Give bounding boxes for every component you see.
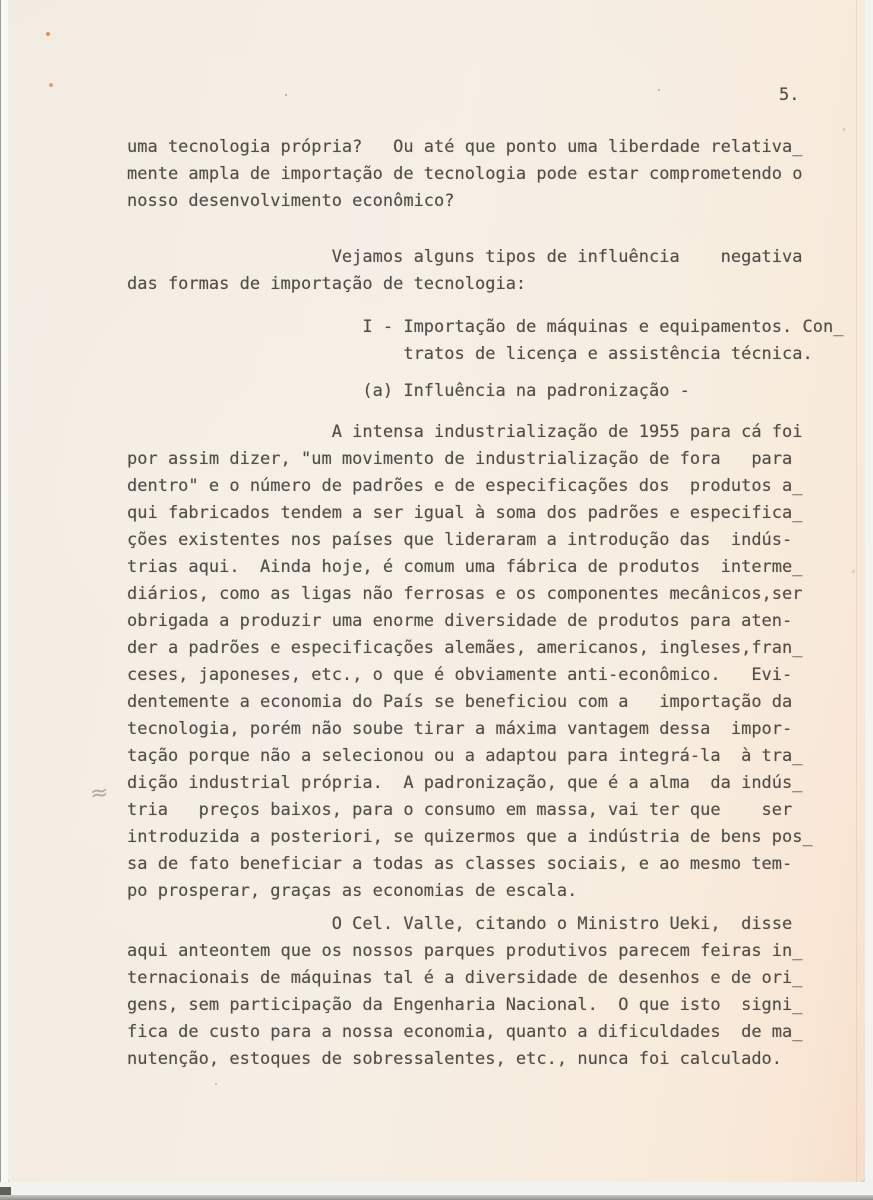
text-line: aqui anteontem que os nossos parques pro… [127, 938, 803, 965]
paper-speck [46, 32, 50, 36]
handwritten-margin-mark: ≈ [89, 780, 110, 807]
text-line: dentemente a economia do País se benefic… [127, 689, 813, 716]
paper-speck [843, 128, 845, 131]
page-number: 5. [779, 84, 799, 106]
text-line: dentro" e o número de padrões e de espec… [127, 473, 813, 500]
text-line: qui fabricados tendem a ser igual à soma… [127, 500, 813, 527]
text-line: sa de fato beneficiar a todas as classes… [127, 851, 813, 878]
text-line: ções existentes nos países que lideraram… [127, 527, 813, 554]
text-line: mente ampla de importação de tecnologia … [127, 161, 803, 188]
paper-speck [658, 89, 660, 91]
text-line: tecnologia, porém não soube tirar a máxi… [127, 716, 813, 743]
text-line: obrigada a produzir uma enorme diversida… [127, 608, 813, 635]
main-paragraph: A intensa industrialização de 1955 para … [127, 419, 813, 905]
paper-crease [856, 0, 857, 1183]
text-line: nosso desenvolvimento econômico? [127, 188, 803, 215]
text-line: dição industrial própria. A padronização… [127, 770, 813, 797]
text-line: I - Importação de máquinas e equipamento… [127, 314, 843, 341]
text-line: (a) Influência na padronização - [127, 378, 690, 405]
text-line: trias aqui. Ainda hoje, é comum uma fábr… [127, 554, 813, 581]
text-line: Vejamos alguns tipos de influência negat… [127, 244, 803, 271]
text-line: fica de custo para a nossa economia, qua… [127, 1019, 803, 1046]
text-line: po prosperar, graças as economias de esc… [127, 878, 813, 905]
text-line: por assim dizer, "um movimento de indust… [127, 446, 813, 473]
text-line: O Cel. Valle, citando o Ministro Ueki, d… [127, 911, 803, 938]
text-line: nutenção, estoques de sobressalentes, et… [127, 1046, 803, 1073]
list-item-one: I - Importação de máquinas e equipamento… [127, 314, 843, 368]
paper-speck [49, 83, 53, 87]
scan-edge-right [865, 0, 873, 1200]
text-line: tratos de licença e assistência técnica. [127, 341, 843, 368]
text-line: introduzida a posteriori, se quizermos q… [127, 824, 813, 851]
text-line: ternacionais de máquinas tal é a diversi… [127, 965, 803, 992]
text-line: das formas de importação de tecnologia: [127, 271, 803, 298]
text-line: A intensa industrialização de 1955 para … [127, 419, 813, 446]
scanned-page: 5. uma tecnologia própria? Ou até que po… [7, 0, 866, 1183]
paper-speck [215, 1083, 217, 1085]
paper-speck [285, 94, 287, 96]
text-line: diários, como as ligas não ferrosas e os… [127, 581, 813, 608]
text-line: tria preços baixos, para o consumo em ma… [127, 797, 813, 824]
text-line: ceses, japoneses, etc., o que é obviamen… [127, 662, 813, 689]
closing-paragraph: O Cel. Valle, citando o Ministro Ueki, d… [127, 911, 803, 1073]
transition-paragraph: Vejamos alguns tipos de influência negat… [127, 244, 803, 298]
scan-edge-left [0, 0, 8, 1200]
paper-speck [852, 570, 855, 573]
text-line: gens, sem participação da Engenharia Nac… [127, 992, 803, 1019]
text-line: uma tecnologia própria? Ou até que ponto… [127, 134, 803, 161]
text-line: tação porque não a selecionou ou a adapt… [127, 743, 813, 770]
intro-paragraph: uma tecnologia própria? Ou até que ponto… [127, 134, 803, 215]
list-item-a: (a) Influência na padronização - [127, 378, 690, 405]
text-line: der a padrões e especificações alemães, … [127, 635, 813, 662]
scanner-bed-strip [0, 1195, 873, 1200]
